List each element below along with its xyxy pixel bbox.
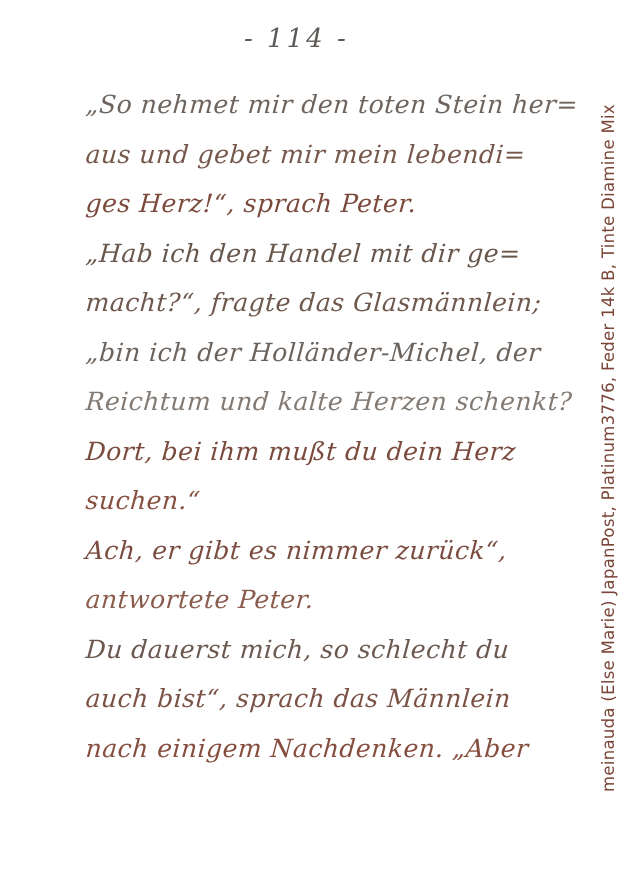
manuscript-line: suchen.“ bbox=[84, 476, 567, 526]
manuscript-line: aus und gebet mir mein lebendi= bbox=[84, 130, 567, 180]
page-number: - 114 - bbox=[244, 24, 349, 54]
manuscript-line: ges Herz!“, sprach Peter. bbox=[84, 179, 567, 229]
manuscript-line: „So nehmet mir den toten Stein her= bbox=[84, 80, 567, 130]
manuscript-line: Reichtum und kalte Herzen schenkt? bbox=[84, 377, 567, 427]
manuscript-line: Du dauerst mich, so schlecht du bbox=[84, 625, 567, 675]
manuscript-line: auch bist“, sprach das Männlein bbox=[84, 674, 567, 724]
manuscript-line: „Hab ich den Handel mit dir ge= bbox=[84, 229, 567, 279]
manuscript-line: macht?“, fragte das Glasmännlein; bbox=[84, 278, 567, 328]
pen-ink-side-note: meinauda (Else Marie) JapanPost, Platinu… bbox=[598, 104, 620, 792]
manuscript-line: nach einigem Nachdenken. „Aber bbox=[84, 724, 567, 774]
manuscript-line: Ach, er gibt es nimmer zurück“, bbox=[84, 526, 567, 576]
manuscript-line: „bin ich der Holländer-Michel, der bbox=[84, 328, 567, 378]
manuscript-line: antwortete Peter. bbox=[84, 575, 567, 625]
manuscript-page: - 114 - „So nehmet mir den toten Stein h… bbox=[0, 0, 631, 869]
manuscript-body: „So nehmet mir den toten Stein her= aus … bbox=[84, 80, 564, 773]
manuscript-line: Dort, bei ihm mußt du dein Herz bbox=[84, 427, 567, 477]
